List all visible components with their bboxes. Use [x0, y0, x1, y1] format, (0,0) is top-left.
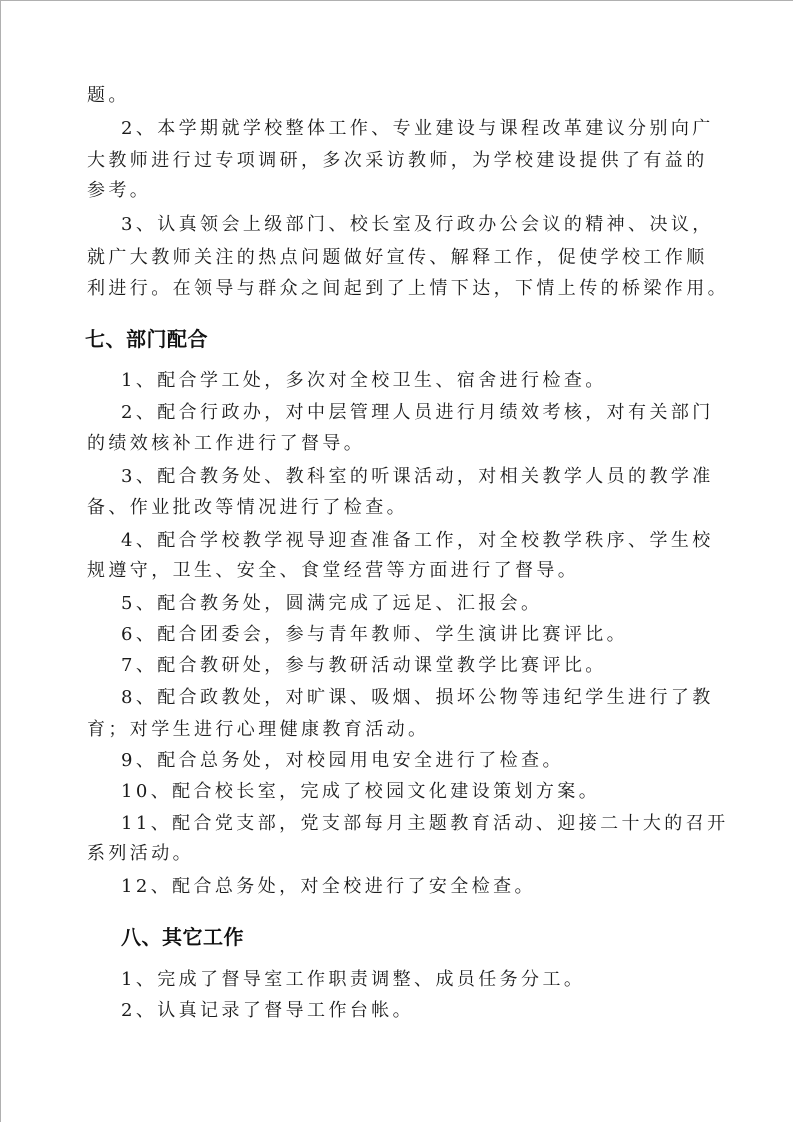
list-item: 8、配合政教处，对旷课、吸烟、损坏公物等违纪学生进行了教: [121, 687, 714, 709]
list-item-continuation: 备、作业批改等情况进行了检查。: [87, 497, 408, 519]
list-item: 2、认真记录了督导工作台帐。: [121, 1000, 414, 1022]
list-item-continuation: 规遵守，卫生、安全、食堂经营等方面进行了督导。: [87, 560, 579, 582]
paragraph-line: 3、认真领会上级部门、校长室及行政办公会议的精神、决议，: [121, 214, 714, 236]
list-item: 11、配合党支部，党支部每月主题教育活动、迎接二十大的召开: [121, 813, 729, 835]
list-item: 4、配合学校教学视导迎查准备工作，对全校教学秩序、学生校: [121, 530, 714, 552]
list-item: 1、完成了督导室工作职责调整、成员任务分工。: [121, 969, 585, 991]
paragraph-line: 大教师进行过专项调研，多次采访教师，为学校建设提供了有益的: [87, 150, 708, 172]
list-item: 3、配合教务处、教科室的听课活动，对相关教学人员的教学准: [121, 466, 714, 488]
list-item: 1、配合学工处，多次对全校卫生、宿舍进行检查。: [121, 370, 607, 392]
list-item: 5、配合教务处，圆满完成了远足、汇报会。: [121, 593, 542, 615]
list-item: 12、配合总务处，对全校进行了安全检查。: [121, 876, 536, 898]
document-page: 题。 2、本学期就学校整体工作、专业建设与课程改革建议分别向广 大教师进行过专项…: [0, 0, 793, 1122]
paragraph-line: 题。: [87, 85, 130, 107]
list-item: 2、配合行政办，对中层管理人员进行月绩效考核，对有关部门: [121, 402, 714, 424]
list-item: 9、配合总务处，对校园用电安全进行了检查。: [121, 750, 564, 772]
paragraph-line: 就广大教师关注的热点问题做好宣传、解释工作，促使学校工作顺: [87, 247, 708, 269]
list-item-continuation: 系列活动。: [87, 843, 194, 865]
list-item-continuation: 的绩效核补工作进行了督导。: [87, 433, 365, 455]
list-item: 10、配合校长室，完成了校园文化建设策划方案。: [121, 781, 600, 803]
paragraph-line: 利进行。在领导与群众之间起到了上情下达，下情上传的桥梁作用。: [87, 278, 729, 300]
list-item-continuation: 育；对学生进行心理健康教育活动。: [87, 719, 429, 741]
paragraph-line: 参考。: [87, 180, 151, 202]
paragraph-line: 2、本学期就学校整体工作、专业建设与课程改革建议分别向广: [121, 118, 714, 140]
section-heading: 七、部门配合: [85, 327, 208, 351]
section-heading: 八、其它工作: [121, 925, 244, 949]
list-item: 7、配合教研处，参与教研活动课堂教学比赛评比。: [121, 655, 607, 677]
list-item: 6、配合团委会，参与青年教师、学生演讲比赛评比。: [121, 624, 628, 646]
